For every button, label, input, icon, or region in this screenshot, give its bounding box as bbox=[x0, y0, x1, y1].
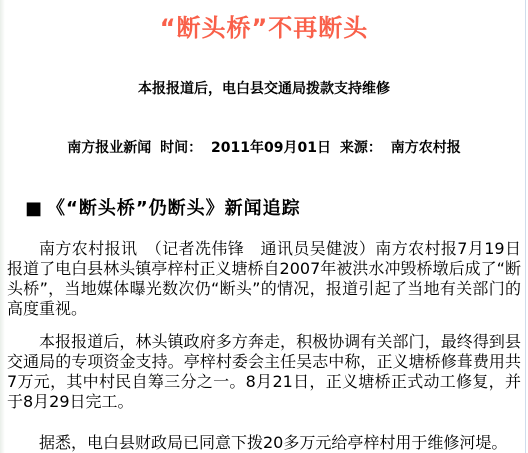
paragraph-1: 南方农村报讯 （记者冼伟锋 通讯员吴健波）南方农村报7月19日报道了电白县林头镇… bbox=[7, 239, 521, 319]
meta-time-label: 时间： bbox=[160, 140, 202, 156]
paragraph-2: 本报报道后，林头镇政府多方奔走，积极协调有关部门，最终得到县交通局的专项资金支持… bbox=[7, 332, 521, 412]
meta-origin-value: 南方农村报 bbox=[391, 140, 461, 156]
paragraph-3: 据悉，电白县财政局已同意下拨20多万元给亭梓村用于维修河堤。 bbox=[7, 433, 521, 453]
article-subtitle: 本报报道后，电白县交通局拨款支持维修 bbox=[10, 79, 518, 99]
article-title: “断头桥”不再断头 bbox=[10, 13, 518, 43]
article-body: 南方农村报讯 （记者冼伟锋 通讯员吴健波）南方农村报7月19日报道了电白县林头镇… bbox=[7, 239, 521, 453]
article-page: “断头桥”不再断头 本报报道后，电白县交通局拨款支持维修 南方报业新闻 时间： … bbox=[0, 0, 528, 453]
article-meta: 南方报业新闻 时间： 2011年09月01日 来源： 南方农村报 bbox=[10, 139, 518, 157]
section-header-text: 《“断头桥”仍断头》新闻追踪 bbox=[47, 198, 301, 219]
square-bullet-icon: ■ bbox=[25, 198, 43, 219]
meta-source-site: 南方报业新闻 bbox=[67, 140, 151, 156]
meta-time-value: 2011年09月01日 bbox=[211, 140, 331, 156]
article-content: “断头桥”不再断头 本报报道后，电白县交通局拨款支持维修 南方报业新闻 时间： … bbox=[0, 13, 528, 453]
section-header: ■《“断头桥”仍断头》新闻追踪 bbox=[25, 197, 520, 221]
meta-origin-label: 来源： bbox=[340, 140, 382, 156]
